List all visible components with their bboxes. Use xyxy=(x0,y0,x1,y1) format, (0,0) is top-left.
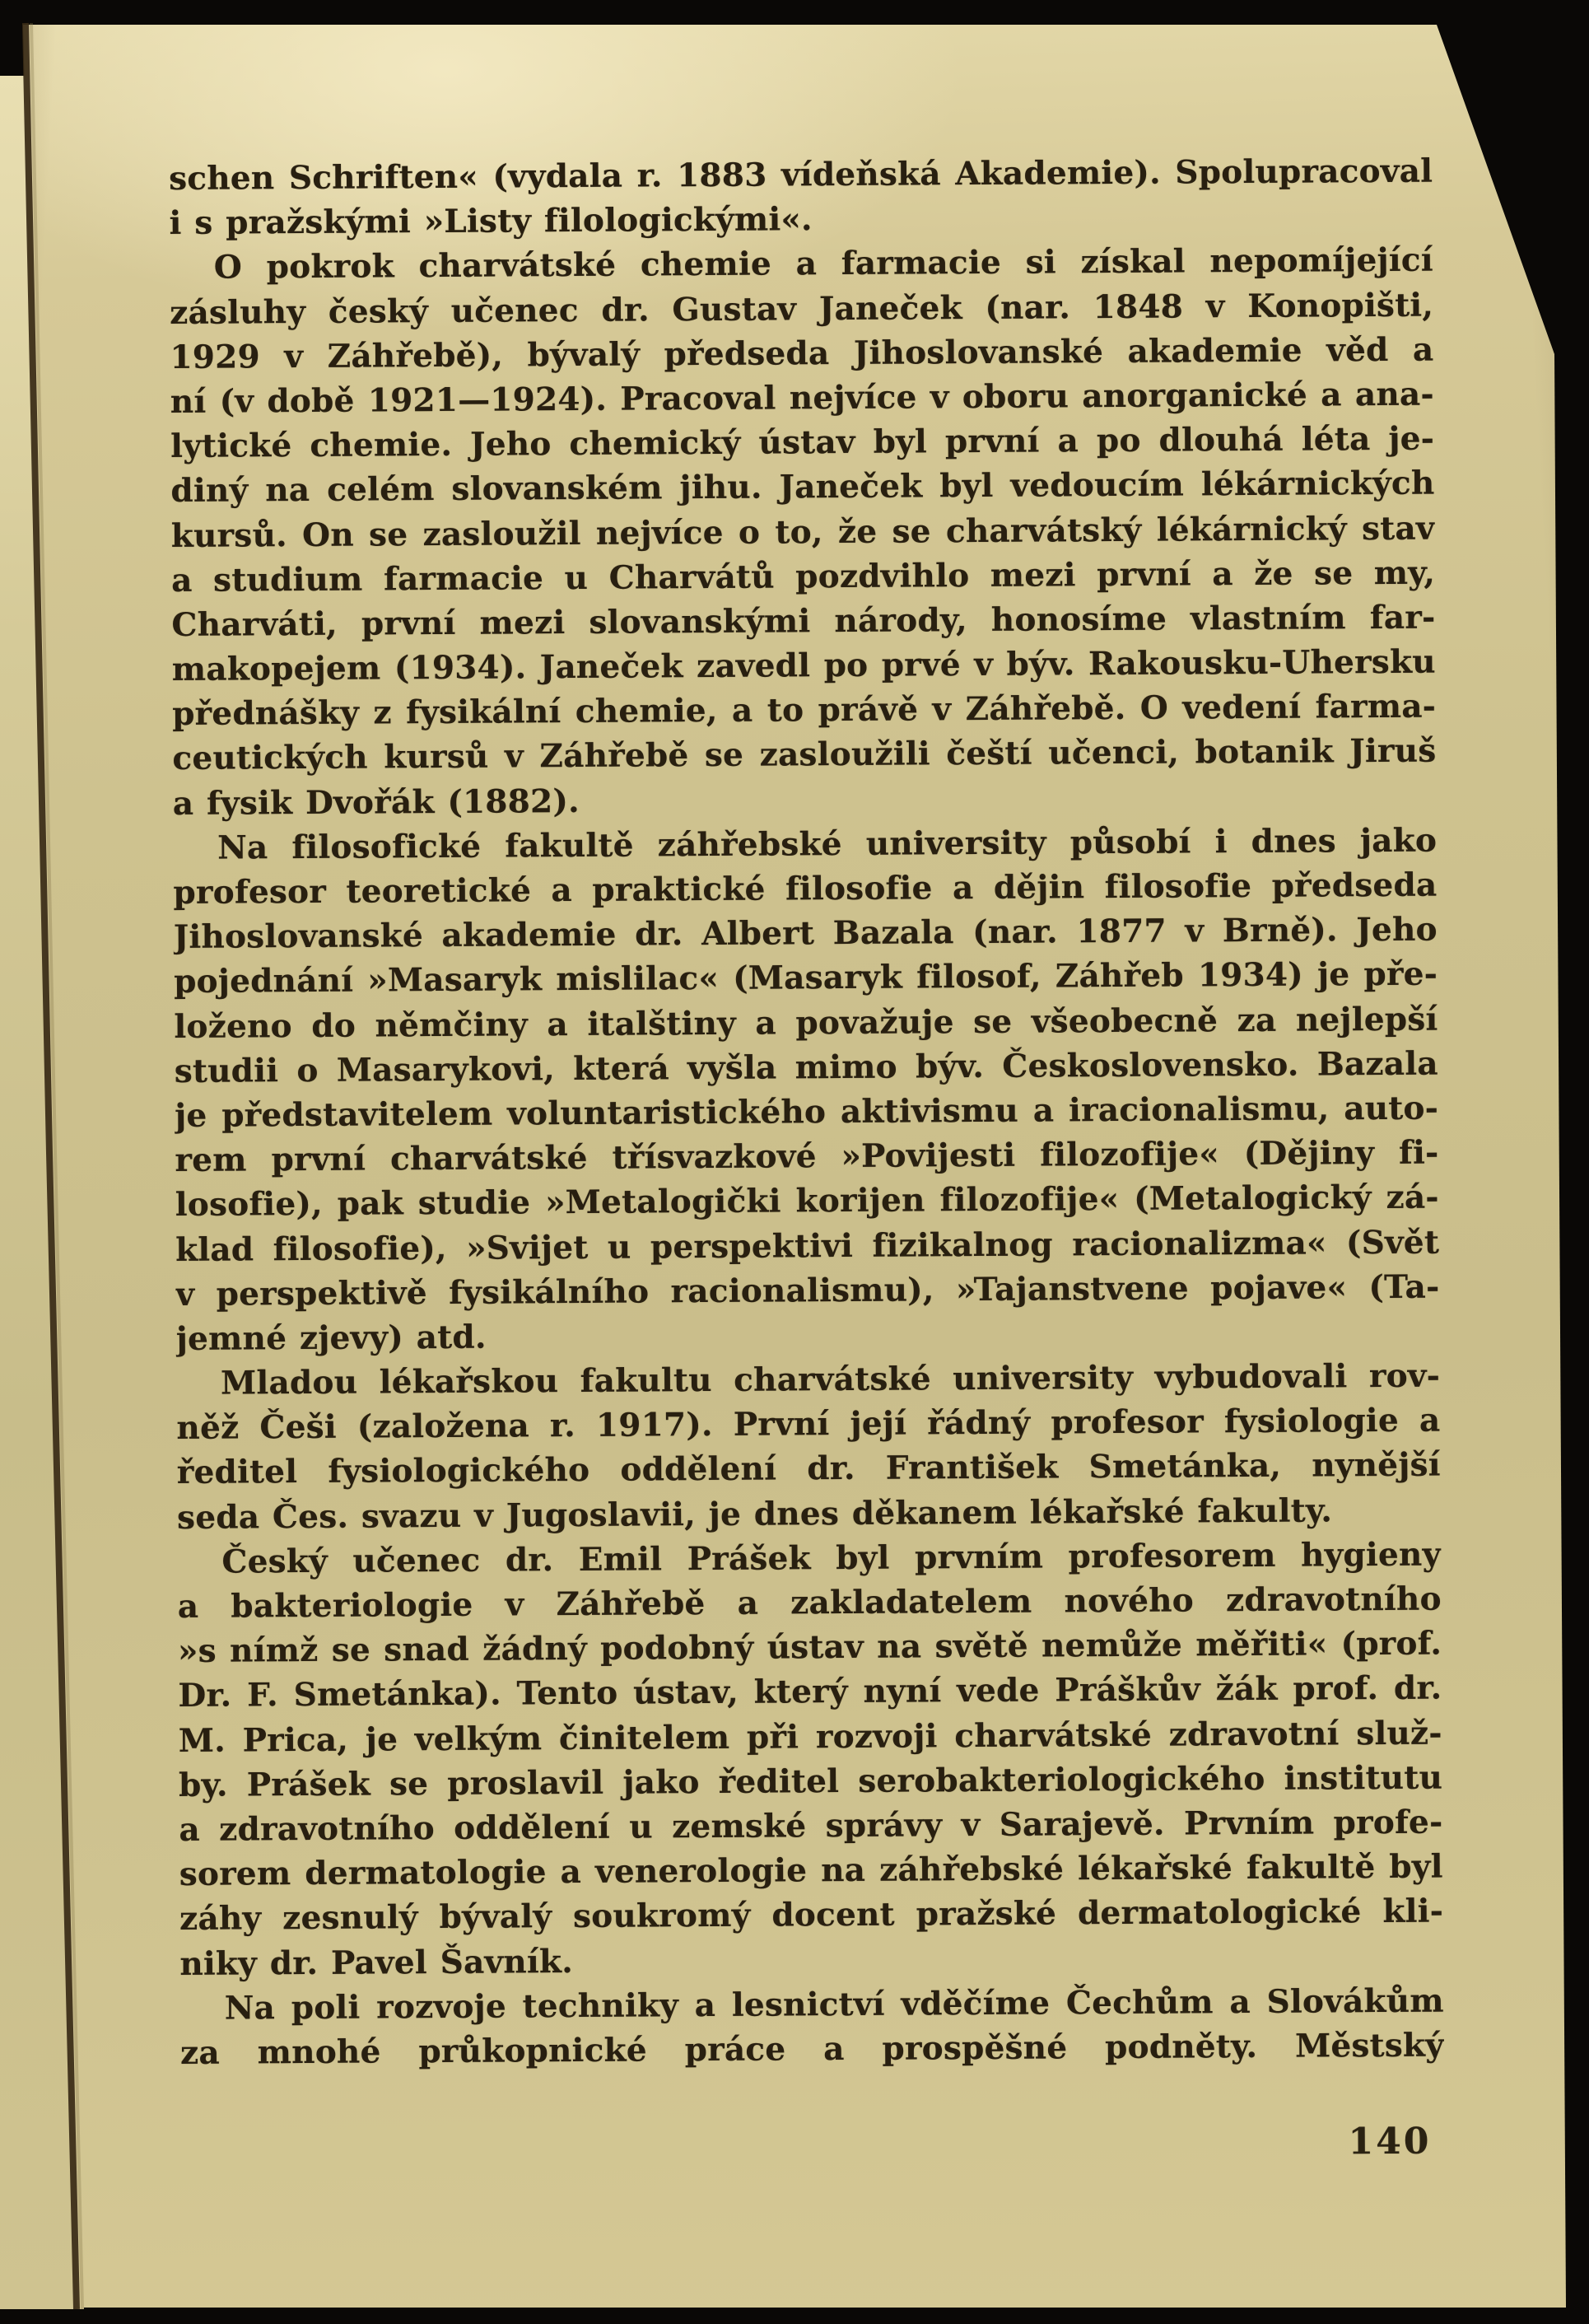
text-line: Dr. F. Smetánka). Tento ústav, který nyn… xyxy=(178,1666,1442,1719)
text-line: O pokrok charvátské chemie a farmacie si… xyxy=(170,238,1433,291)
text-line: Na poli rozvoje techniky a lesnictví vdě… xyxy=(180,1978,1444,2031)
text-line: »s nímž se snad žádný podobný ústav na s… xyxy=(178,1622,1442,1674)
text-line: pojednání »Masaryk mislilac« (Masaryk fi… xyxy=(174,952,1438,1005)
text-line: lytické chemie. Jeho chemický ústav byl … xyxy=(170,417,1434,469)
text-line: kursů. On se zasloužil nejvíce o to, že … xyxy=(171,506,1435,558)
text-line: za mnohé průkopnické práce a prospěšné p… xyxy=(180,2023,1444,2075)
text-line: Český učenec dr. Emil Prášek byl prvním … xyxy=(177,1532,1441,1584)
text-line: něž Češi (založena r. 1917). První její … xyxy=(176,1398,1440,1451)
text-line: diný na celém slovanském jihu. Janeček b… xyxy=(170,461,1434,514)
text-line: zásluhy český učenec dr. Gustav Janeček … xyxy=(170,282,1433,335)
text-line: seda Čes. svazu v Jugoslavii, je dnes dě… xyxy=(177,1487,1441,1540)
text-line: rem první charvátské třísvazkové »Povije… xyxy=(175,1131,1438,1183)
text-line: ceutických kursů v Záhřebě se zasloužili… xyxy=(172,729,1436,782)
text-line: by. Prášek se proslavil jako ředitel ser… xyxy=(179,1755,1442,1808)
text-line: studii o Masarykovi, která vyšla mimo bý… xyxy=(175,1041,1438,1094)
text-line: záhy zesnulý bývalý soukromý docent praž… xyxy=(179,1889,1443,1942)
text-line: ředitel fysiologického oddělení dr. Fran… xyxy=(177,1443,1441,1496)
text-line: 1929 v Záhřebě), bývalý předseda Jihoslo… xyxy=(170,327,1433,380)
text-line: sorem dermatologie a venerologie na záhř… xyxy=(179,1845,1443,1897)
text-line: klad filosofie), »Svijet u perspektivi f… xyxy=(175,1220,1439,1272)
text-line: ní (v době 1921—1924). Pracoval nejvíce … xyxy=(170,372,1434,425)
text-line: Jihoslovanské akademie dr. Albert Bazala… xyxy=(174,908,1438,960)
text-line: losofie), pak studie »Metalogički korije… xyxy=(175,1175,1439,1228)
text-line: v perspektivě fysikálního racionalismu),… xyxy=(175,1264,1439,1317)
text-line: Mladou lékařskou fakultu charvátské univ… xyxy=(176,1354,1440,1407)
text-line: a studium farmacie u Charvátů pozdvihlo … xyxy=(171,550,1435,603)
text-line: makopejem (1934). Janeček zavedl po prvé… xyxy=(172,640,1436,693)
text-block: schen Schriften« (vydala r. 1883 vídeňsk… xyxy=(169,149,1444,2075)
text-line: a zdravotního oddělení u zemské správy v… xyxy=(179,1800,1442,1853)
text-line: loženo do němčiny a italštiny a považuje… xyxy=(174,996,1438,1049)
text-line: schen Schriften« (vydala r. 1883 vídeňsk… xyxy=(169,149,1433,202)
text-line: a fysik Dvořák (1882). xyxy=(173,773,1437,826)
text-line: profesor teoretické a praktické filosofi… xyxy=(173,863,1437,916)
text-line: Charváti, první mezi slovanskými národy,… xyxy=(171,595,1435,647)
text-line: jemné zjevy) atd. xyxy=(176,1309,1440,1361)
text-line: niky dr. Pavel Šavník. xyxy=(179,1934,1443,1986)
text-line: Na filosofické fakultě záhřebské univers… xyxy=(173,818,1437,870)
text-line: a bakteriologie v Záhřebě a zakladatelem… xyxy=(178,1577,1442,1630)
text-line: přednášky z fysikální chemie, a to právě… xyxy=(172,684,1436,737)
scanned-book-page: schen Schriften« (vydala r. 1883 vídeňsk… xyxy=(0,0,1589,2324)
text-line: i s pražskými »Listy filologickými«. xyxy=(169,194,1433,246)
text-line: M. Prica, je velkým činitelem při rozvoj… xyxy=(179,1710,1442,1763)
text-line: je představitelem voluntaristického akti… xyxy=(175,1086,1438,1139)
page-number: 140 xyxy=(1340,2121,1439,2163)
